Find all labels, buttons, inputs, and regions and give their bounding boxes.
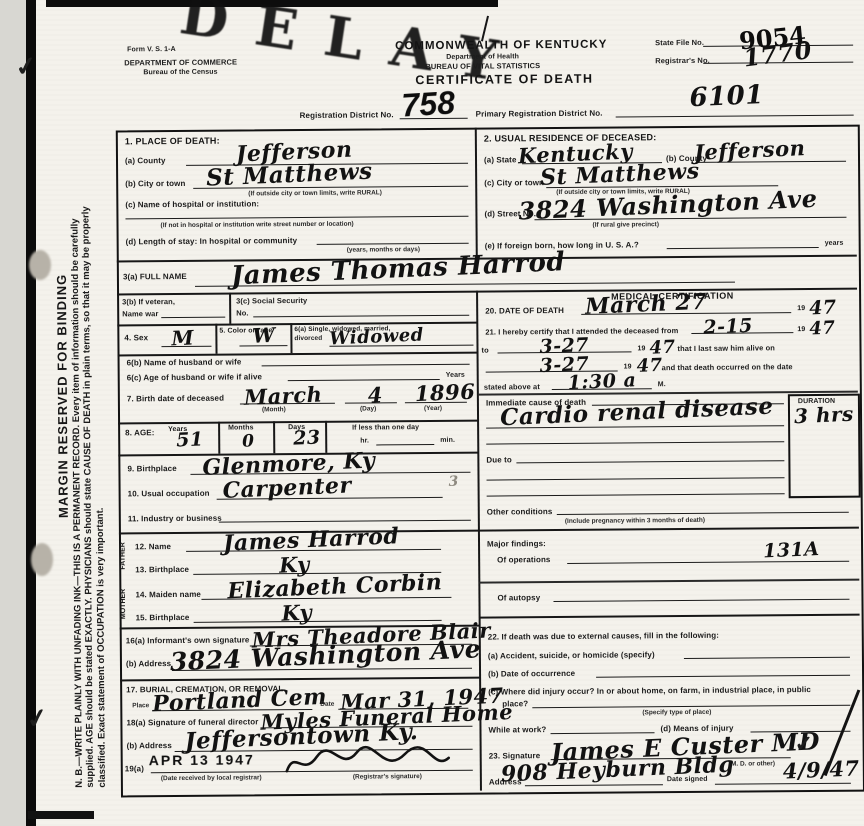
spouse-label: 6(b) Name of husband or wife [127, 357, 242, 367]
spouse-age-label: 6(c) Age of husband or wife if alive [127, 372, 262, 382]
external-c-label-2: place? [502, 699, 528, 708]
bureau-of-census: Bureau of the Census [143, 69, 217, 77]
certify-to-label: to [481, 346, 488, 355]
while-at-work-label: While at work? [488, 725, 546, 734]
certifier-checkmark: ✓ [795, 731, 814, 757]
received-label: 19(a) [125, 764, 144, 773]
external-a-label: (a) Accident, suicide, or homicide (spec… [488, 650, 655, 660]
stay-label: (d) Length of stay: In hospital or commu… [126, 236, 298, 246]
precinct-note: (If rural give precinct) [593, 221, 660, 229]
certify-m-label: M. [658, 381, 666, 388]
date-signed-label: Date signed [667, 776, 708, 783]
certify-time-value: 1:30 a [567, 369, 636, 394]
certificate-form: MARGIN RESERVED FOR BINDING N. B.—WRITE … [0, 0, 864, 826]
age-days-value: 23 [293, 426, 321, 449]
date-signed-value: 4/9/47 [782, 755, 860, 783]
informant-addr-label: (b) Address [126, 659, 171, 668]
operations-value: 131A [763, 538, 820, 562]
res-state-label: (a) State [484, 155, 517, 164]
reg-district-label: Registration District No. [300, 110, 394, 120]
received-date-note: (Date received by local registrar) [161, 774, 262, 782]
place-title: 1. PLACE OF DEATH: [125, 136, 220, 147]
ss-label: 3(c) Social Security [236, 296, 307, 306]
scanned-death-certificate: { "stamps": { "delay": "DELAY", "reg_dis… [0, 0, 864, 826]
county-label: (a) County [125, 156, 166, 165]
operations-label: Of operations [497, 555, 550, 564]
md-or-other-note: (M. D. or other) [729, 760, 775, 767]
marital-value: Widowed [329, 324, 424, 349]
received-date-stamp: APR 13 1947 [149, 751, 255, 768]
occupation-mark: 3 [448, 474, 459, 490]
sex-label: 4. Sex [124, 333, 148, 342]
divider-3b-3c [229, 293, 231, 324]
form-number: Form V. S. 1-A [127, 46, 176, 53]
ss-no-label: No. [236, 308, 248, 317]
age-less-label: If less than one day [352, 424, 419, 432]
full-name-label: 3(a) FULL NAME [123, 272, 187, 282]
burial-place-label: Place [132, 702, 149, 709]
department-of-commerce: DEPARTMENT OF COMMERCE [124, 58, 237, 68]
dod-label: 20. DATE OF DEATH [485, 306, 564, 316]
certify-alive-year: 47 [636, 355, 663, 377]
rural-note: (If outside city or town limits, write R… [248, 189, 382, 197]
due-to-label: Due to [486, 455, 512, 464]
mother-bp-value: Ky [281, 599, 313, 625]
sex-value: M [171, 325, 195, 350]
certify-stated-label: stated above at [484, 382, 540, 391]
reg-district-value: 758 [401, 84, 457, 124]
other-conditions-note: (Include pregnancy within 3 months of de… [565, 517, 705, 525]
age-months-value: 0 [242, 431, 255, 452]
checkmark-top-left: ✓ [13, 50, 39, 84]
hospital-label: (c) Name of hospital or institution: [125, 199, 259, 209]
birthplace-label: 9. Birthplace [127, 464, 176, 473]
mother-name-label: 14. Maiden name [135, 590, 201, 600]
age-hr-label: hr. [360, 437, 369, 444]
birthdate-label: 7. Birth date of deceased [127, 394, 224, 404]
year-note: (Year) [424, 405, 442, 412]
external-c-note: (Specify type of place) [642, 709, 711, 717]
checkmark-bottom-left: ✓ [24, 701, 51, 735]
bureau-vital-statistics: BUREAU OF VITAL STATISTICS [425, 61, 540, 71]
primary-district-rule [616, 115, 854, 118]
father-bp-label: 13. Birthplace [135, 565, 189, 574]
certify-from-value: 2-15 [703, 315, 753, 339]
other-conditions-label: Other conditions [487, 507, 553, 517]
divider-race-marital [290, 323, 292, 353]
autopsy-label: Of autopsy [497, 593, 540, 602]
industry-label: 11. Industry or business [128, 514, 222, 524]
divider-age-3 [325, 421, 327, 453]
primary-district-value: 6101 [689, 80, 765, 113]
age-label: 8. AGE: [125, 428, 154, 437]
external-title: 22. If death was due to external causes,… [488, 631, 719, 642]
age-years-value: 51 [176, 428, 204, 451]
age-min-label: min. [440, 437, 455, 444]
divider-age-2 [273, 421, 275, 453]
month-note: (Month) [262, 406, 286, 413]
divider-age-1 [218, 422, 220, 454]
major-findings-label: Major findings: [487, 539, 546, 548]
birth-day-value: 4 [367, 382, 383, 408]
certify-occurred-label: and that death occurred on the date [662, 362, 793, 372]
margin-nb-note: N. B.—WRITE PLAINLY WITH UNFADING INK—TH… [69, 183, 124, 787]
dod-yr-prefix: 19 [797, 305, 805, 312]
race-value: W [252, 323, 276, 348]
city-label: (b) City or town [125, 179, 185, 188]
occupation-label: 10. Usual occupation [128, 489, 210, 499]
commonwealth-title: COMMONWEALTH OF KENTUCKY [395, 39, 607, 53]
father-bp-value: Ky [279, 551, 311, 577]
certify-from-year: 47 [809, 317, 836, 339]
marital-label-2: divorced [294, 335, 322, 342]
birth-year-value: 1896 [414, 379, 475, 407]
mother-side-label: MOTHER [120, 579, 127, 629]
state-file-no-label: State File No. [655, 38, 704, 47]
certify-to-19: 19 [637, 345, 645, 352]
certify-alive-label: that I last saw him alive on [677, 343, 774, 353]
veteran-label: 3(b) If veteran, [122, 297, 175, 306]
day-note: (Day) [360, 405, 376, 412]
father-side-label: FATHER [119, 531, 126, 581]
stay-note: (years, months or days) [347, 246, 420, 254]
received-sig-note: (Registrar's signature) [353, 773, 422, 781]
dod-year-value: 47 [809, 296, 837, 319]
department-of-health: Department of Health [446, 53, 519, 61]
funeral-addr-label: (b) Address [127, 741, 172, 750]
spouse-years-suffix: Years [446, 372, 465, 379]
duration-value: 3 hrs [794, 402, 855, 429]
father-name-label: 12. Name [135, 542, 171, 551]
mother-bp-label: 15. Birthplace [136, 613, 190, 622]
divider-sex-race [215, 324, 217, 354]
external-b-label: (b) Date of occurrence [488, 669, 575, 679]
occupation-value: Carpenter [222, 472, 352, 503]
primary-district-label: Primary Registration District No. [476, 109, 603, 119]
certify-from-19: 19 [797, 326, 805, 333]
veteran-war-label: Name war [122, 309, 158, 318]
registrar-no-label: Registrar's No. [655, 56, 710, 65]
dod-value: March 27 [585, 289, 708, 320]
res-county-value: Jefferson [693, 135, 805, 165]
res-city-label: (c) City or town [484, 178, 544, 187]
foreign-unit: years [825, 240, 844, 247]
